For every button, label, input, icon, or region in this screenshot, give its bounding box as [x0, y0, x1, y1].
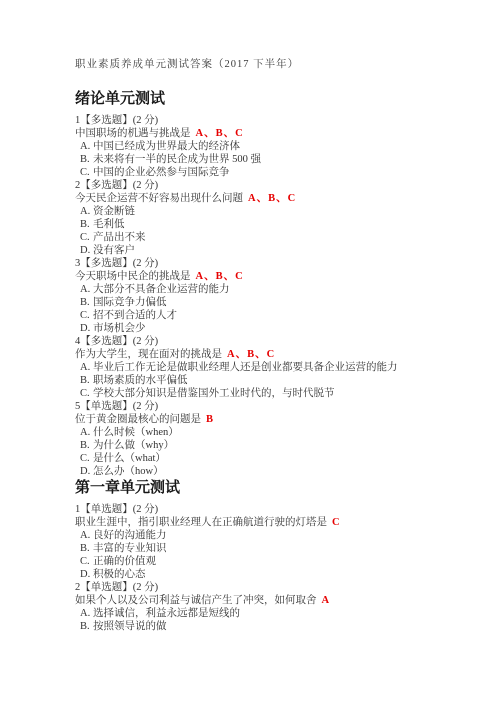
option-row: B.毛利低 [75, 218, 466, 231]
option-letter: B. [80, 374, 93, 387]
option-letter: A. [80, 529, 93, 542]
question-stem-text: 作为大学生，现在面对的挑战是 [75, 349, 222, 360]
option-row: D.怎么办（how） [75, 465, 466, 478]
question-block: 4【多选题】(2 分)作为大学生，现在面对的挑战是A、B、CA.毕业后工作无论是… [75, 335, 466, 400]
question-stem: 今天民企运营不好容易出现什么问题A、B、C [75, 192, 466, 205]
option-letter: B. [80, 218, 93, 231]
question-block: 5【单选题】(2 分)位于黄金圈最核心的问题是BA.什么时候（when）B.为什… [75, 400, 466, 478]
option-row: B.国际竞争力偏低 [75, 296, 466, 309]
question-block: 1【多选题】(2 分)中国职场的机遇与挑战是A、B、CA.中国已经成为世界最大的… [75, 114, 466, 179]
option-row: C.产品出不来 [75, 231, 466, 244]
doc-title: 职业素质养成单元测试答案（2017 下半年） [75, 58, 466, 71]
option-row: B.为什么做（why） [75, 439, 466, 452]
section-heading: 第一章单元测试 [75, 480, 466, 496]
option-letter: A. [80, 140, 93, 153]
option-text: 未来将有一半的民企成为世界 500 强 [93, 154, 261, 165]
option-letter: C. [80, 387, 93, 400]
option-text: 市场机会少 [93, 323, 146, 334]
option-text: 按照领导说的做 [93, 621, 167, 632]
question-stem: 作为大学生，现在面对的挑战是A、B、C [75, 348, 466, 361]
question-header: 2【单选题】(2 分) [75, 581, 466, 594]
option-row: C.招不到合适的人才 [75, 309, 466, 322]
answer-key: A、B、C [248, 193, 296, 204]
option-text: 良好的沟通能力 [93, 530, 167, 541]
question-stem: 今天职场中民企的挑战是A、B、C [75, 270, 466, 283]
option-text: 资金断链 [93, 206, 135, 217]
option-text: 怎么办（how） [93, 466, 164, 477]
option-letter: A. [80, 607, 93, 620]
option-text: 选择诚信，利益永远都是短线的 [93, 608, 240, 619]
option-letter: C. [80, 166, 93, 179]
option-row: D.没有客户 [75, 244, 466, 257]
question-stem: 职业生涯中，指引职业经理人在正确航道行驶的灯塔是C [75, 516, 466, 529]
option-text: 为什么做（why） [93, 440, 174, 451]
question-block: 3【多选题】(2 分)今天职场中民企的挑战是A、B、CA.大部分不具备企业运营的… [75, 257, 466, 335]
option-row: C.是什么（what） [75, 452, 466, 465]
option-letter: D. [80, 244, 93, 257]
option-letter: A. [80, 426, 93, 439]
document-body: 绪论单元测试1【多选题】(2 分)中国职场的机遇与挑战是A、B、CA.中国已经成… [75, 91, 466, 633]
option-text: 毛利低 [93, 219, 125, 230]
option-text: 学校大部分知识是借鉴国外工业时代的，与时代脱节 [93, 388, 335, 399]
option-letter: B. [80, 439, 93, 452]
question-stem-text: 位于黄金圈最核心的问题是 [75, 414, 201, 425]
option-text: 中国已经成为世界最大的经济体 [93, 141, 240, 152]
option-letter: D. [80, 322, 93, 335]
answer-key: A、B、C [227, 349, 275, 360]
option-row: D.市场机会少 [75, 322, 466, 335]
question-stem-text: 中国职场的机遇与挑战是 [75, 128, 191, 139]
option-row: A.中国已经成为世界最大的经济体 [75, 140, 466, 153]
question-stem-text: 今天职场中民企的挑战是 [75, 271, 191, 282]
question-header: 1【单选题】(2 分) [75, 503, 466, 516]
option-letter: D. [80, 465, 93, 478]
option-letter: B. [80, 542, 93, 555]
option-letter: B. [80, 153, 93, 166]
option-letter: A. [80, 361, 93, 374]
option-text: 产品出不来 [93, 232, 146, 243]
option-letter: B. [80, 620, 93, 633]
question-block: 2【单选题】(2 分)如果个人以及公司利益与诚信产生了冲突，如何取舍AA.选择诚… [75, 581, 466, 633]
option-text: 丰富的专业知识 [93, 543, 167, 554]
option-letter: B. [80, 296, 93, 309]
answer-key: A [322, 595, 331, 606]
option-row: A.选择诚信，利益永远都是短线的 [75, 607, 466, 620]
option-row: D.积极的心态 [75, 568, 466, 581]
question-header: 2【多选题】(2 分) [75, 179, 466, 192]
question-header: 1【多选题】(2 分) [75, 114, 466, 127]
answer-key: A、B、C [196, 128, 244, 139]
option-letter: C. [80, 309, 93, 322]
option-row: A.毕业后工作无论是做职业经理人还是创业都要具备企业运营的能力 [75, 361, 466, 374]
unit-section: 绪论单元测试1【多选题】(2 分)中国职场的机遇与挑战是A、B、CA.中国已经成… [75, 91, 466, 478]
option-row: B.丰富的专业知识 [75, 542, 466, 555]
option-text: 招不到合适的人才 [93, 310, 177, 321]
option-text: 国际竞争力偏低 [93, 297, 167, 308]
option-text: 是什么（what） [93, 453, 166, 464]
answer-key: B [206, 414, 214, 425]
option-row: A.大部分不具备企业运营的能力 [75, 283, 466, 296]
answer-key: A、B、C [196, 271, 244, 282]
option-text: 正确的价值观 [93, 556, 156, 567]
question-stem-text: 职业生涯中，指引职业经理人在正确航道行驶的灯塔是 [75, 517, 327, 528]
option-row: A.资金断链 [75, 205, 466, 218]
option-text: 什么时候（when） [93, 427, 179, 438]
option-row: B.按照领导说的做 [75, 620, 466, 633]
option-row: C.中国的企业必然参与国际竞争 [75, 166, 466, 179]
option-letter: A. [80, 283, 93, 296]
question-stem: 中国职场的机遇与挑战是A、B、C [75, 127, 466, 140]
option-letter: D. [80, 568, 93, 581]
option-text: 大部分不具备企业运营的能力 [93, 284, 230, 295]
option-row: B.职场素质的水平偏低 [75, 374, 466, 387]
option-text: 没有客户 [93, 245, 135, 256]
option-row: C.正确的价值观 [75, 555, 466, 568]
option-letter: C. [80, 231, 93, 244]
question-block: 2【多选题】(2 分)今天民企运营不好容易出现什么问题A、B、CA.资金断链B.… [75, 179, 466, 257]
section-heading: 绪论单元测试 [75, 91, 466, 107]
answer-key: C [332, 517, 341, 528]
option-text: 积极的心态 [93, 569, 146, 580]
question-stem-text: 今天民企运营不好容易出现什么问题 [75, 193, 243, 204]
option-row: B.未来将有一半的民企成为世界 500 强 [75, 153, 466, 166]
option-text: 职场素质的水平偏低 [93, 375, 188, 386]
question-header: 4【多选题】(2 分) [75, 335, 466, 348]
question-header: 5【单选题】(2 分) [75, 400, 466, 413]
option-letter: C. [80, 555, 93, 568]
option-letter: C. [80, 452, 93, 465]
question-stem: 如果个人以及公司利益与诚信产生了冲突，如何取舍A [75, 594, 466, 607]
option-text: 毕业后工作无论是做职业经理人还是创业都要具备企业运营的能力 [93, 362, 398, 373]
question-stem: 位于黄金圈最核心的问题是B [75, 413, 466, 426]
option-row: A.什么时候（when） [75, 426, 466, 439]
question-header: 3【多选题】(2 分) [75, 257, 466, 270]
question-stem-text: 如果个人以及公司利益与诚信产生了冲突，如何取舍 [75, 595, 317, 606]
option-text: 中国的企业必然参与国际竞争 [93, 167, 230, 178]
option-row: A.良好的沟通能力 [75, 529, 466, 542]
option-letter: A. [80, 205, 93, 218]
question-block: 1【单选题】(2 分)职业生涯中，指引职业经理人在正确航道行驶的灯塔是CA.良好… [75, 503, 466, 581]
option-row: C.学校大部分知识是借鉴国外工业时代的，与时代脱节 [75, 387, 466, 400]
document-page: 职业素质养成单元测试答案（2017 下半年） 绪论单元测试1【多选题】(2 分)… [0, 0, 496, 702]
unit-section: 第一章单元测试1【单选题】(2 分)职业生涯中，指引职业经理人在正确航道行驶的灯… [75, 480, 466, 633]
